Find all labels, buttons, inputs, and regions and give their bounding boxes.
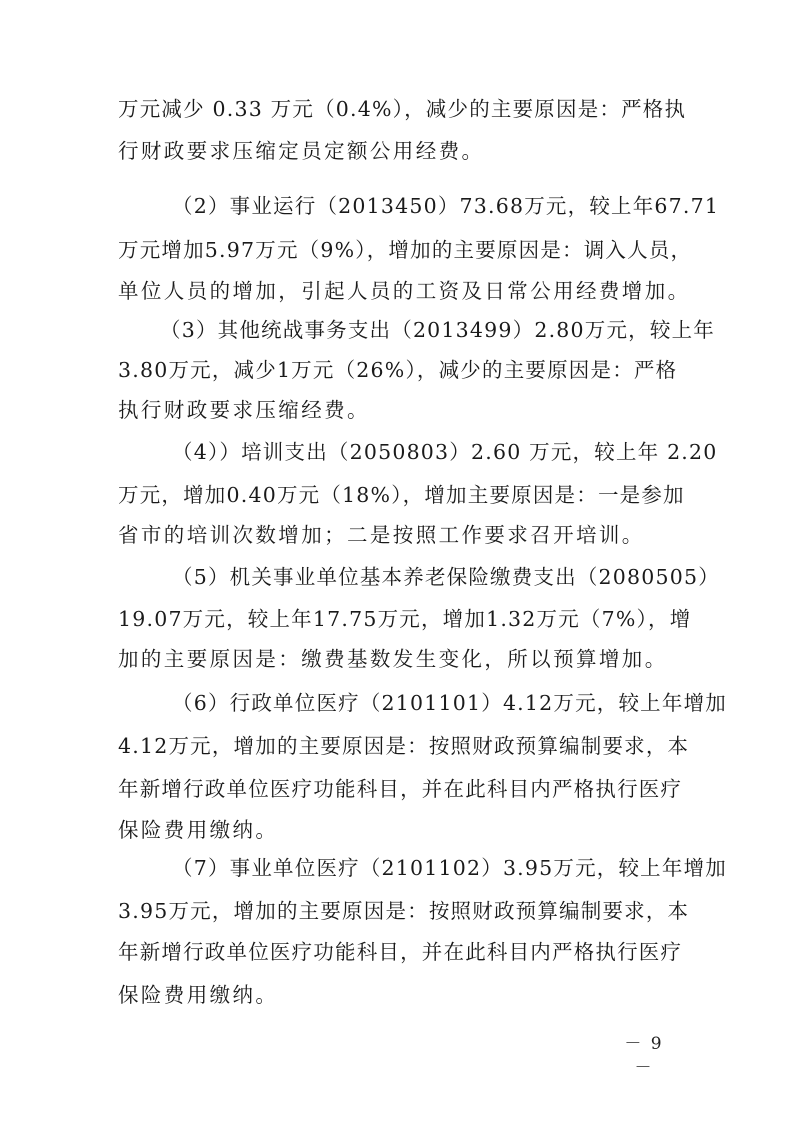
text-line: 万元，增加0.40万元（18%），增加主要原因是：一是参加: [118, 480, 674, 510]
text-line: 4.12万元，增加的主要原因是：按照财政预算编制要求，本: [118, 731, 674, 761]
text-line: 行财政要求压缩定员定额公用经费。: [118, 136, 674, 166]
document-page: 万元减少 0.33 万元（0.4%），减少的主要原因是：严格执行财政要求压缩定员…: [0, 0, 793, 1122]
text-line: 万元增加5.97万元（9%），增加的主要原因是：调入人员，: [118, 235, 674, 265]
text-line: （3）其他统战事务支出（2013499）2.80万元，较上年: [160, 315, 674, 345]
text-line: 年新增行政单位医疗功能科目，并在此科目内严格执行医疗: [118, 937, 674, 967]
text-line: 年新增行政单位医疗功能科目，并在此科目内严格执行医疗: [118, 774, 674, 804]
text-line: （6）行政单位医疗（2101101）4.12万元，较上年增加: [172, 688, 674, 718]
text-line: 单位人员的增加，引起人员的工资及日常公用经费增加。: [118, 276, 674, 306]
text-line: 省市的培训次数增加；二是按照工作要求召开培训。: [118, 520, 674, 550]
text-line: 保险费用缴纳。: [118, 815, 674, 845]
text-line: （2）事业运行（2013450）73.68万元，较上年67.71: [172, 191, 674, 221]
text-line: 3.80万元，减少1万元（26%），减少的主要原因是：严格: [118, 355, 674, 385]
text-line: （7）事业单位医疗（2101102）3.95万元，较上年增加: [172, 853, 674, 883]
text-line: （5）机关事业单位基本养老保险缴费支出（2080505）: [172, 562, 674, 592]
text-line: 加的主要原因是：缴费基数发生变化，所以预算增加。: [118, 644, 674, 674]
page-number: － 9 －: [614, 1032, 674, 1080]
text-line: 万元减少 0.33 万元（0.4%），减少的主要原因是：严格执: [118, 94, 674, 124]
text-line: 执行财政要求压缩经费。: [118, 395, 674, 425]
text-line: 保险费用缴纳。: [118, 980, 674, 1010]
text-line: （4））培训支出（2050803）2.60 万元，较上年 2.20: [172, 437, 674, 467]
text-line: 19.07万元，较上年17.75万元，增加1.32万元（7%），增: [118, 604, 674, 634]
text-line: 3.95万元，增加的主要原因是：按照财政预算编制要求，本: [118, 896, 674, 926]
